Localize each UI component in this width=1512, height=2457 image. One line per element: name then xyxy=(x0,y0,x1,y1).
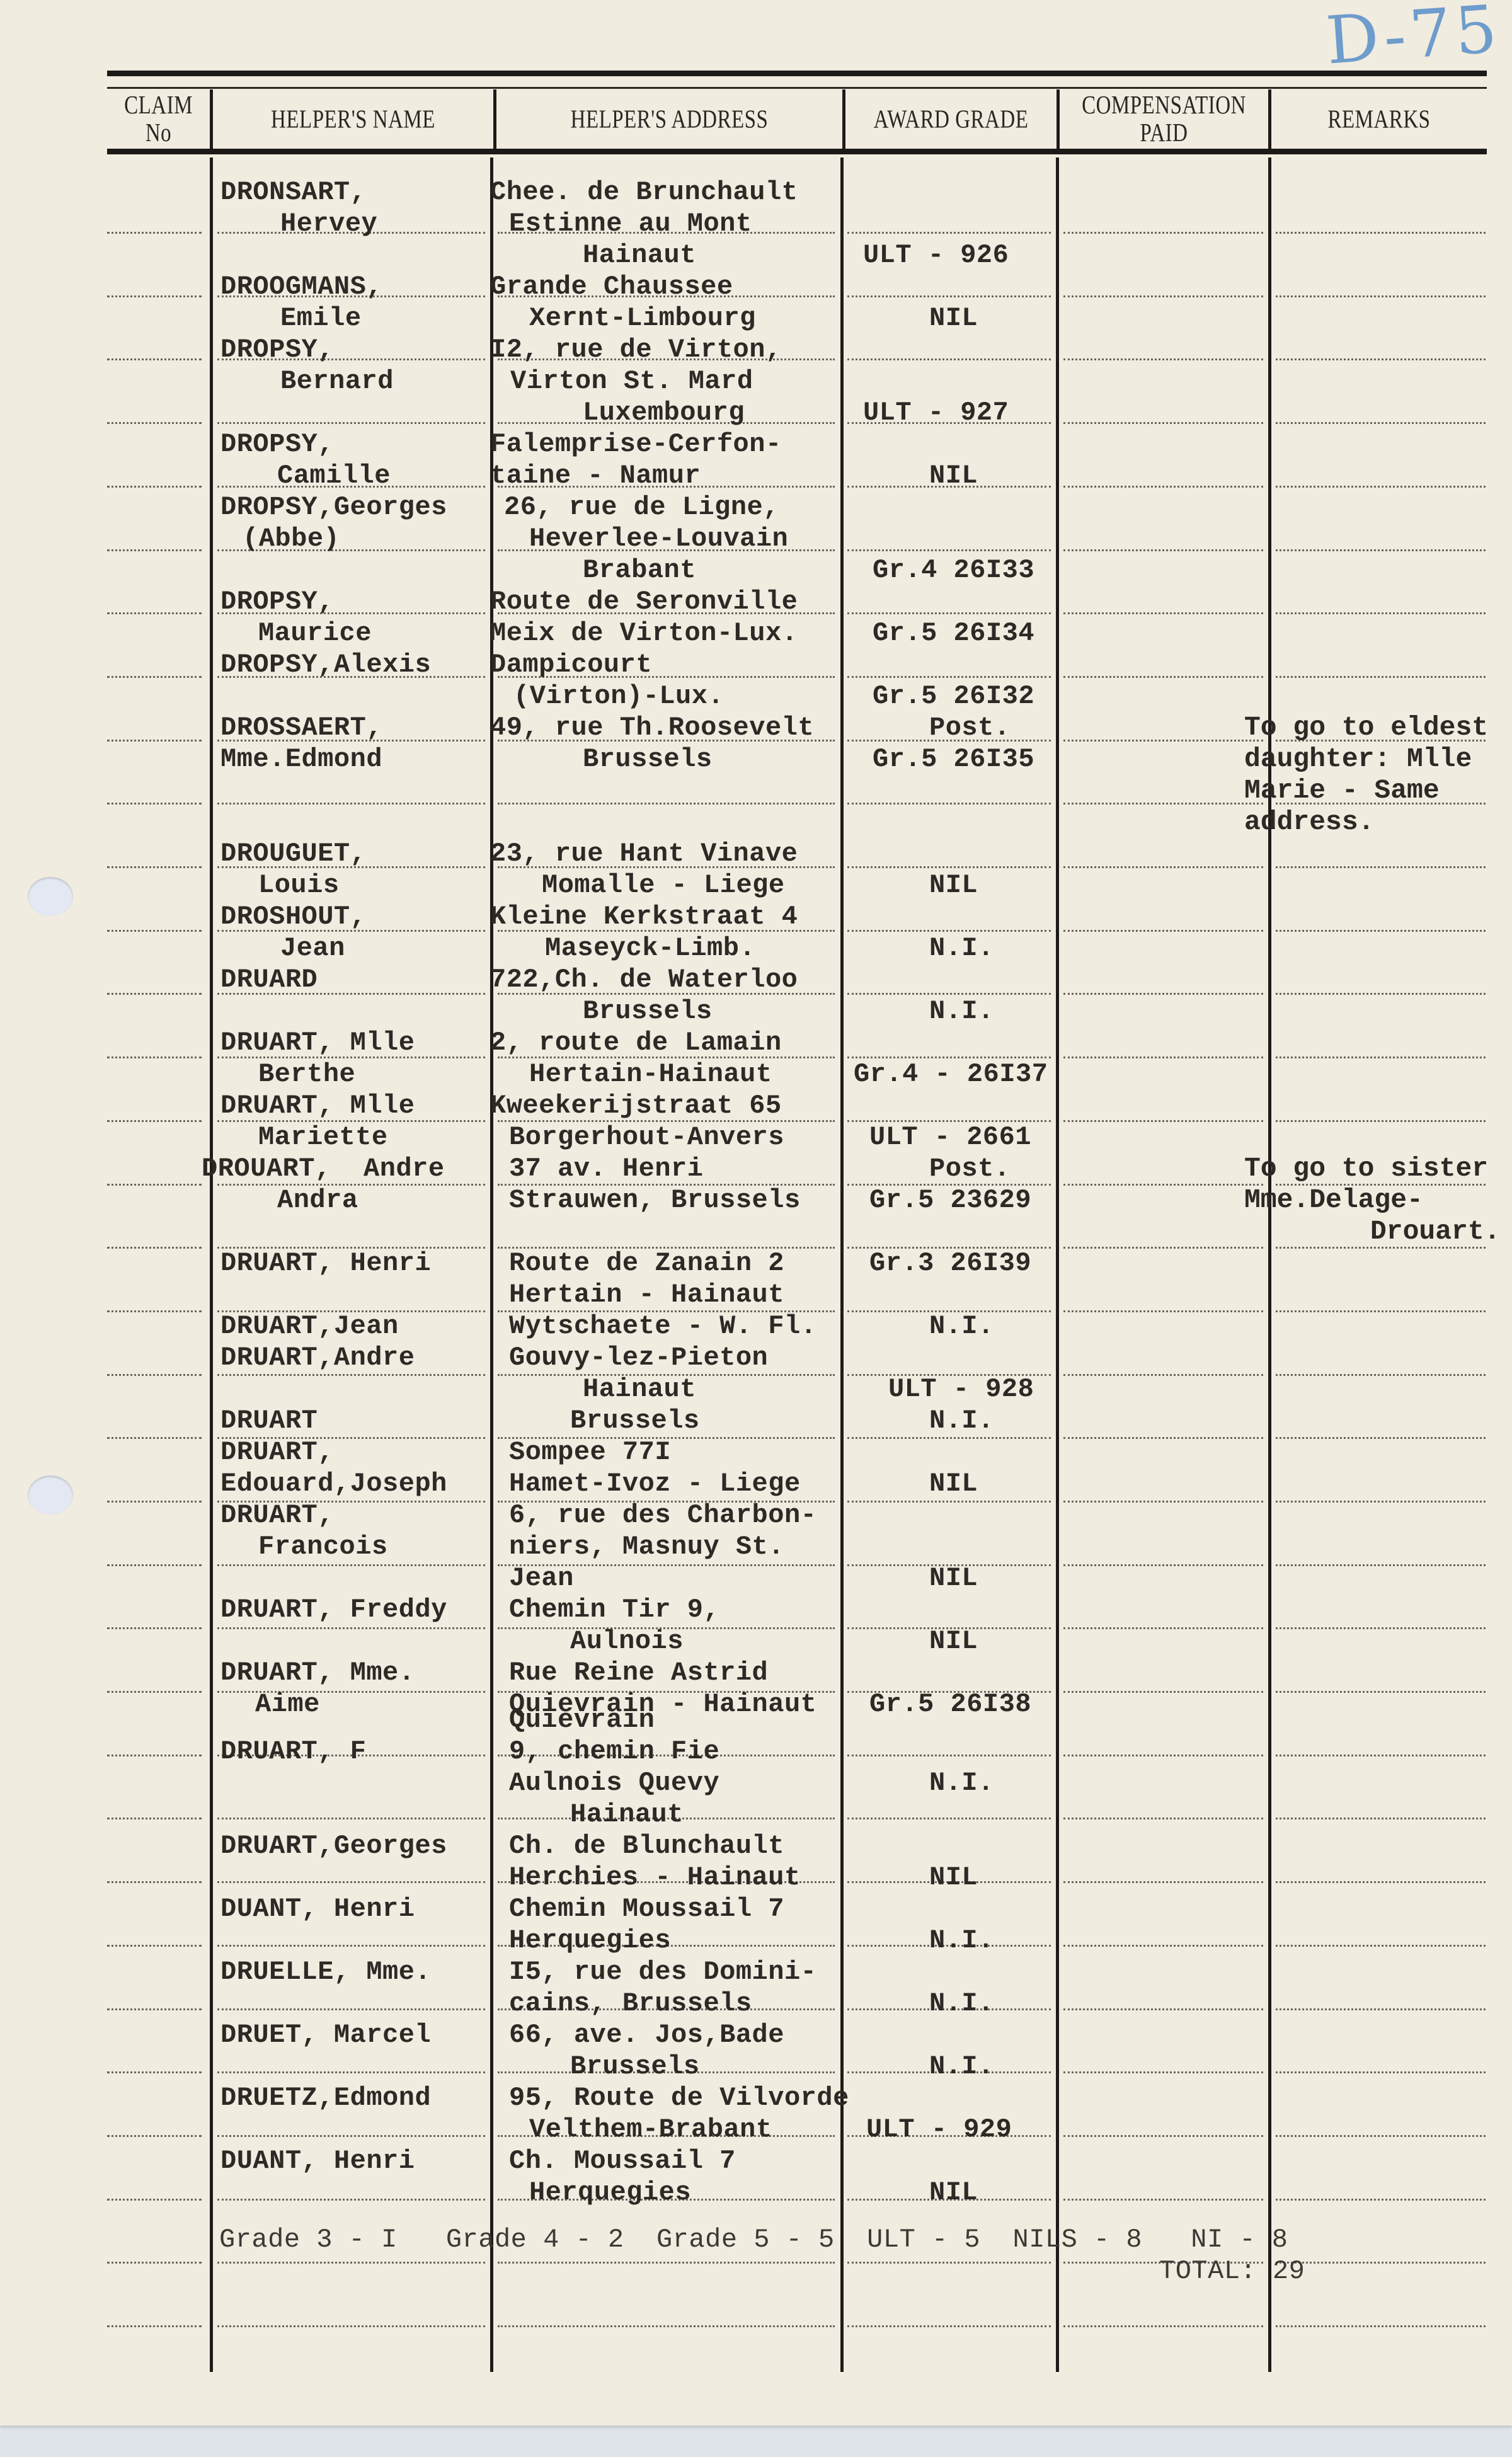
dotted-rule xyxy=(107,422,202,424)
helper-name-cell: DRUART,Jean xyxy=(220,1310,399,1342)
remark-text: To go to sister xyxy=(1244,1153,1488,1184)
dotted-rule xyxy=(1063,2071,1263,2073)
dotted-rule xyxy=(1276,1501,1486,1503)
helper-address-cell: Grande Chaussee xyxy=(490,271,733,302)
dotted-rule xyxy=(1063,1881,1263,1883)
col-header-compensation-paid: COMPENSATION PAID xyxy=(1060,81,1268,159)
dotted-rule xyxy=(1276,2262,1486,2264)
helper-address-cell: niers, Masnuy St. xyxy=(509,1531,784,1562)
dotted-rule xyxy=(1276,1691,1486,1693)
helper-address-cell: Brussels xyxy=(583,995,713,1027)
dotted-rule xyxy=(107,295,202,297)
helper-address-cell: Brussels xyxy=(583,743,713,775)
dotted-rule xyxy=(1063,930,1263,932)
award-grade-cell: ULT - 928 xyxy=(888,1373,1034,1405)
helper-address-cell: Route de Zanain 2 xyxy=(509,1247,784,1279)
helper-name-cell: DRUETZ,Edmond xyxy=(220,2082,431,2114)
award-grade-cell: N.I. xyxy=(929,2051,994,2082)
award-grade-cell: N.I. xyxy=(929,932,994,964)
dotted-rule xyxy=(107,1627,202,1629)
dotted-rule xyxy=(1063,866,1263,868)
dotted-rule xyxy=(107,2262,202,2264)
helper-name-cell: DROPSY, xyxy=(220,586,334,617)
dotted-rule xyxy=(847,295,1051,297)
col-header-remarks: REMARKS xyxy=(1271,81,1487,159)
dotted-rule xyxy=(217,1818,485,1819)
dotted-rule xyxy=(107,740,202,742)
helper-address-cell: Chemin Tir 9, xyxy=(509,1594,719,1625)
summary-total: TOTAL: 29 xyxy=(1159,2255,1305,2287)
helper-name-cell: DROUART, Andre xyxy=(202,1153,445,1184)
helper-name-cell: DROPSY, xyxy=(220,334,334,365)
award-grade-cell: NIL xyxy=(929,302,978,334)
helper-name-cell: DROSSAERT, xyxy=(220,712,382,743)
helper-address-cell: 722,Ch. de Waterloo xyxy=(490,964,798,995)
dotted-rule xyxy=(217,422,485,424)
dotted-rule xyxy=(107,612,202,614)
helper-name-cell: DRUART, xyxy=(220,1499,334,1531)
dotted-rule xyxy=(1276,232,1486,234)
dotted-rule xyxy=(1063,549,1263,551)
helper-address-cell: 37 av. Henri xyxy=(509,1153,703,1184)
helper-name-cell: DRUART,Georges xyxy=(220,1830,447,1862)
helper-address-cell: 6, rue des Charbon- xyxy=(509,1499,816,1531)
award-grade-cell: NIL xyxy=(929,1862,978,1893)
helper-address-cell: Dampicourt xyxy=(490,649,652,680)
helper-name-cell: DRONSART, xyxy=(220,176,366,208)
dotted-rule xyxy=(1276,930,1486,932)
dotted-rule xyxy=(1063,1564,1263,1566)
dotted-rule xyxy=(1276,1120,1486,1122)
helper-name-cell: DRUART, Mlle xyxy=(220,1027,415,1058)
helper-name-cell: Louis xyxy=(258,869,340,901)
helper-address-cell: Kleine Kerkstraat 4 xyxy=(490,901,798,932)
helper-name-cell: DUANT, Henri xyxy=(220,2145,415,2177)
dotted-rule xyxy=(1063,2135,1263,2137)
award-grade-cell: Post. xyxy=(929,712,1011,743)
column-divider xyxy=(1268,157,1271,2372)
award-grade-cell: NIL xyxy=(929,460,978,491)
dotted-rule xyxy=(107,2199,202,2201)
dotted-rule xyxy=(107,1755,202,1756)
col-header-helper-name: HELPER'S NAME xyxy=(213,81,493,159)
helper-address-cell: Hamet-Ivoz - Liege xyxy=(509,1468,801,1499)
dotted-rule xyxy=(847,549,1051,551)
award-grade-cell: Gr.4 - 26I37 xyxy=(854,1058,1048,1090)
dotted-rule xyxy=(847,676,1051,678)
dotted-rule xyxy=(217,2199,485,2201)
helper-name-cell: Andra xyxy=(277,1184,358,1216)
helper-address-cell: 2, route de Lamain xyxy=(490,1027,782,1058)
award-grade-cell: Gr.5 26I32 xyxy=(873,680,1034,712)
col-header-award-grade: AWARD GRADE xyxy=(845,81,1057,159)
dotted-rule xyxy=(1063,2325,1263,2327)
dotted-rule xyxy=(1276,2325,1486,2327)
award-grade-cell: N.I. xyxy=(929,1925,994,1956)
dotted-rule xyxy=(1276,1437,1486,1439)
dotted-rule xyxy=(847,2325,1051,2327)
helper-address-cell: Falemprise-Cerfon- xyxy=(490,428,782,460)
dotted-rule xyxy=(1276,549,1486,551)
helper-address-cell: (Virton)-Lux. xyxy=(513,680,724,712)
helper-name-cell: Emile xyxy=(280,302,362,334)
dotted-rule xyxy=(1063,1310,1263,1312)
award-grade-cell: NIL xyxy=(929,1562,978,1594)
helper-name-cell: (Abbe) xyxy=(243,523,340,554)
dotted-rule xyxy=(107,1881,202,1883)
dotted-rule xyxy=(1276,1374,1486,1376)
dotted-rule xyxy=(1276,612,1486,614)
dotted-rule xyxy=(1276,1310,1486,1312)
helper-address-cell: 26, rue de Ligne, xyxy=(504,491,779,523)
helper-address-cell: Rue Reine Astrid xyxy=(509,1657,768,1688)
helper-address-cell: cains, Brussels xyxy=(509,1988,752,2019)
award-grade-cell: Gr.4 26I33 xyxy=(873,554,1034,586)
helper-address-cell: Ch. Moussail 7 xyxy=(509,2145,736,2177)
helper-name-cell: Hervey xyxy=(280,208,377,239)
helper-address-cell: I2, rue de Virton, xyxy=(490,334,782,365)
dotted-rule xyxy=(217,2325,485,2327)
helper-name-cell: DRUET, Marcel xyxy=(220,2019,431,2051)
award-grade-cell: Gr.5 26I35 xyxy=(873,743,1034,775)
helper-name-cell: Camille xyxy=(277,460,391,491)
dotted-rule xyxy=(847,1755,1051,1756)
helper-address-cell: Herquegies xyxy=(529,2177,691,2208)
helper-address-cell: I5, rue des Domini- xyxy=(509,1956,816,1988)
helper-name-cell: Maurice xyxy=(258,617,372,649)
helper-address-cell: Herchies - Hainaut xyxy=(509,1862,801,1893)
dotted-rule xyxy=(1276,1755,1486,1756)
helper-address-cell: Route de Seronville xyxy=(490,586,798,617)
col-header-claim-no: CLAIM No xyxy=(107,81,210,159)
dotted-rule xyxy=(217,2071,485,2073)
dotted-rule xyxy=(107,2325,202,2327)
helper-address-cell: Jean xyxy=(509,1562,574,1594)
helper-name-cell: DRUART, Henri xyxy=(220,1247,431,1279)
helper-name-cell: DROOGMANS, xyxy=(220,271,382,302)
helper-name-cell: Francois xyxy=(258,1531,388,1562)
dotted-rule xyxy=(1276,358,1486,360)
helper-name-cell: DROUGUET, xyxy=(220,838,366,869)
helper-address-cell: 95, Route de Vilvorde xyxy=(509,2082,849,2114)
helper-address-cell: Xernt-Limbourg xyxy=(529,302,756,334)
col-header-helper-address: HELPER'S ADDRESS xyxy=(496,81,842,159)
remark-text: Drouart. xyxy=(1370,1216,1500,1247)
helper-address-cell: Hainaut xyxy=(583,1373,696,1405)
dotted-rule xyxy=(1063,1501,1263,1503)
dotted-rule xyxy=(1063,1691,1263,1693)
dotted-rule xyxy=(107,676,202,678)
dotted-rule xyxy=(1276,1881,1486,1883)
helper-address-cell: Wytschaete - W. Fl. xyxy=(509,1310,816,1342)
dotted-rule xyxy=(1063,1945,1263,1947)
remark-text: Marie - Same xyxy=(1244,775,1440,806)
dotted-rule xyxy=(1063,1818,1263,1819)
dotted-rule xyxy=(847,866,1051,868)
dotted-rule xyxy=(107,930,202,932)
dotted-rule xyxy=(107,803,202,805)
dotted-rule xyxy=(1063,993,1263,995)
helper-address-cell: Brussels xyxy=(570,2051,700,2082)
dotted-rule xyxy=(1063,2008,1263,2010)
header-top-rule xyxy=(107,71,1487,76)
helper-address-cell: 9, chemin Fie xyxy=(509,1736,719,1767)
dotted-rule xyxy=(1063,1247,1263,1249)
dotted-rule xyxy=(1276,295,1486,297)
dotted-rule xyxy=(217,1627,485,1629)
helper-name-cell: Aime xyxy=(255,1688,320,1720)
helper-address-cell: Brussels xyxy=(570,1405,700,1436)
dotted-rule xyxy=(107,1818,202,1819)
dotted-rule xyxy=(107,232,202,234)
helper-address-cell: Heverlee-Louvain xyxy=(529,523,788,554)
helper-name-cell: DROSHOUT, xyxy=(220,901,366,932)
column-divider xyxy=(1056,157,1059,2372)
helper-address-cell: Luxembourg xyxy=(583,397,745,428)
dotted-rule xyxy=(1276,486,1486,488)
helper-address-cell: Borgerhout-Anvers xyxy=(509,1121,784,1153)
dotted-rule xyxy=(847,232,1051,234)
dotted-rule xyxy=(1276,676,1486,678)
dotted-rule xyxy=(107,1057,202,1058)
dotted-rule xyxy=(847,1818,1051,1819)
dotted-rule xyxy=(107,2071,202,2073)
helper-address-cell: Herquegies xyxy=(509,1925,671,1956)
award-grade-cell: Post. xyxy=(929,1153,1011,1184)
punch-hole-icon xyxy=(28,877,73,916)
helper-address-cell: Estinne au Mont xyxy=(509,208,752,239)
helper-address-cell: Gouvy-lez-Pieton xyxy=(509,1342,768,1373)
award-grade-cell: N.I. xyxy=(929,1988,994,2019)
dotted-rule xyxy=(1063,422,1263,424)
dotted-rule xyxy=(847,803,1051,805)
dotted-rule xyxy=(1063,1627,1263,1629)
helper-address-cell: 66, ave. Jos,Bade xyxy=(509,2019,784,2051)
dotted-rule xyxy=(1276,2135,1486,2137)
helper-address-cell: Chee. de Brunchault xyxy=(490,176,798,208)
dotted-rule xyxy=(1276,866,1486,868)
remark-text: daughter: Mlle xyxy=(1244,743,1472,775)
dotted-rule xyxy=(217,803,485,805)
helper-name-cell: DRUART, xyxy=(220,1436,334,1468)
dotted-rule xyxy=(1063,676,1263,678)
award-grade-cell: N.I. xyxy=(929,1310,994,1342)
dotted-rule xyxy=(107,2008,202,2010)
helper-address-cell: Brabant xyxy=(583,554,696,586)
dotted-rule xyxy=(1276,993,1486,995)
helper-address-cell: Hertain - Hainaut xyxy=(509,1279,784,1310)
punch-hole-icon xyxy=(28,1475,73,1515)
dotted-rule xyxy=(1063,1755,1263,1756)
award-grade-cell: Gr.3 26I39 xyxy=(869,1247,1031,1279)
helper-name-cell: DRUART,Andre xyxy=(220,1342,415,1373)
helper-address-cell: Chemin Moussail 7 xyxy=(509,1893,784,1925)
dotted-rule xyxy=(107,1184,202,1186)
helper-address-cell: Meix de Virton-Lux. xyxy=(490,617,798,649)
award-grade-cell: N.I. xyxy=(929,1405,994,1436)
helper-name-cell: DRUART, Freddy xyxy=(220,1594,447,1625)
helper-address-cell: Velthem-Brabant xyxy=(529,2114,772,2145)
helper-address-cell: 49, rue Th.Roosevelt xyxy=(490,712,814,743)
helper-address-cell: Virton St. Mard xyxy=(510,365,753,397)
helper-name-cell: DRUART, Mme. xyxy=(220,1657,415,1688)
dotted-rule xyxy=(498,803,835,805)
reference-mark: D-75 xyxy=(1324,0,1503,79)
helper-address-cell: Maseyck-Limb. xyxy=(545,932,755,964)
dotted-rule xyxy=(1276,1057,1486,1058)
record-sheet: D-75 CLAIM No HELPER'S NAME HELPER'S ADD… xyxy=(0,0,1512,2425)
dotted-rule xyxy=(1063,2199,1263,2201)
dotted-rule xyxy=(107,1310,202,1312)
dotted-rule xyxy=(847,612,1051,614)
dotted-rule xyxy=(1063,612,1263,614)
dotted-rule xyxy=(1063,740,1263,742)
award-grade-cell: NIL xyxy=(929,1625,978,1657)
dotted-rule xyxy=(1063,1057,1263,1058)
dotted-rule xyxy=(217,1881,485,1883)
award-grade-cell: ULT - 927 xyxy=(863,397,1009,428)
helper-name-cell: DROPSY,Georges xyxy=(220,491,447,523)
helper-name-cell: DUANT, Henri xyxy=(220,1893,415,1925)
dotted-rule xyxy=(217,2262,485,2264)
dotted-rule xyxy=(1063,486,1263,488)
helper-name-cell: DROPSY,Alexis xyxy=(220,649,431,680)
helper-name-cell: Jean xyxy=(280,932,345,964)
helper-name-cell: DRUART, Mlle xyxy=(220,1090,415,1121)
award-grade-cell: ULT - 926 xyxy=(863,239,1009,271)
award-grade-cell: Gr.5 26I34 xyxy=(873,617,1034,649)
helper-address-cell: Ch. de Blunchault xyxy=(509,1830,784,1862)
award-grade-cell: N.I. xyxy=(929,1767,994,1799)
dotted-rule xyxy=(107,1691,202,1693)
dotted-rule xyxy=(1063,1374,1263,1376)
dotted-rule xyxy=(847,993,1051,995)
dotted-rule xyxy=(1276,1945,1486,1947)
award-grade-cell: NIL xyxy=(929,2177,978,2208)
dotted-rule xyxy=(498,2262,835,2264)
helper-name-cell: DRUELLE, Mme. xyxy=(220,1956,431,1988)
dotted-rule xyxy=(107,1564,202,1566)
award-grade-cell: Gr.5 26I38 xyxy=(869,1688,1031,1720)
remark-text: Mme.Delage- xyxy=(1244,1184,1423,1216)
helper-name-cell: Mariette xyxy=(258,1121,388,1153)
summary-line: Grade 3 - I Grade 4 - 2 Grade 5 - 5 ULT … xyxy=(219,2224,1288,2255)
helper-address-cell: Hainaut xyxy=(570,1799,684,1830)
helper-name-cell: Berthe xyxy=(258,1058,355,1090)
dotted-rule xyxy=(1276,1818,1486,1819)
remark-text: To go to eldest xyxy=(1244,712,1488,743)
dotted-rule xyxy=(1276,422,1486,424)
dotted-rule xyxy=(107,1247,202,1249)
helper-address-cell: Strauwen, Brussels xyxy=(509,1184,801,1216)
dotted-rule xyxy=(107,1945,202,1947)
dotted-rule xyxy=(847,930,1051,932)
award-grade-cell: NIL xyxy=(929,869,978,901)
helper-name-cell: DRUART xyxy=(220,1405,318,1436)
dotted-rule xyxy=(847,1501,1051,1503)
award-grade-cell: N.I. xyxy=(929,995,994,1027)
helper-name-cell: Bernard xyxy=(280,365,394,397)
helper-address-cell: 23, rue Hant Vinave xyxy=(490,838,798,869)
dotted-rule xyxy=(847,358,1051,360)
dotted-rule xyxy=(107,1120,202,1122)
dotted-rule xyxy=(107,866,202,868)
helper-address-cell: Quievrain xyxy=(509,1704,655,1736)
dotted-rule xyxy=(498,2325,835,2327)
dotted-rule xyxy=(847,2262,1051,2264)
dotted-rule xyxy=(217,1945,485,1947)
dotted-rule xyxy=(217,2008,485,2010)
dotted-rule xyxy=(1276,2199,1486,2201)
dotted-rule xyxy=(1276,1627,1486,1629)
helper-name-cell: DRUART, F xyxy=(220,1736,366,1767)
helper-name-cell: DROPSY, xyxy=(220,428,334,460)
helper-address-cell: Aulnois Quevy xyxy=(509,1767,719,1799)
dotted-rule xyxy=(1063,803,1263,805)
helper-address-cell: taine - Namur xyxy=(490,460,701,491)
helper-address-cell: Hainaut xyxy=(583,239,696,271)
helper-name-cell: Edouard,Joseph xyxy=(220,1468,447,1499)
dotted-rule xyxy=(1063,1437,1263,1439)
dotted-rule xyxy=(1276,1564,1486,1566)
dotted-rule xyxy=(107,1437,202,1439)
dotted-rule xyxy=(1063,295,1263,297)
dotted-rule xyxy=(107,1374,202,1376)
dotted-rule xyxy=(107,486,202,488)
award-grade-cell: ULT - 2661 xyxy=(869,1121,1031,1153)
dotted-rule xyxy=(1063,1120,1263,1122)
dotted-rule xyxy=(107,549,202,551)
dotted-rule xyxy=(217,2135,485,2137)
helper-name-cell: Mme.Edmond xyxy=(220,743,382,775)
dotted-rule xyxy=(107,358,202,360)
column-divider xyxy=(840,157,844,2372)
dotted-rule xyxy=(1276,2071,1486,2073)
helper-address-cell: Hertain-Hainaut xyxy=(529,1058,772,1090)
dotted-rule xyxy=(107,2135,202,2137)
dotted-rule xyxy=(217,1374,485,1376)
column-divider xyxy=(210,157,213,2372)
dotted-rule xyxy=(1276,2008,1486,2010)
award-grade-cell: ULT - 929 xyxy=(866,2114,1012,2145)
dotted-rule xyxy=(107,1501,202,1503)
award-grade-cell: Gr.5 23629 xyxy=(869,1184,1031,1216)
dotted-rule xyxy=(107,993,202,995)
helper-address-cell: Momalle - Liege xyxy=(542,869,785,901)
dotted-rule xyxy=(1063,232,1263,234)
dotted-rule xyxy=(1063,1184,1263,1186)
remark-text: address. xyxy=(1244,806,1374,838)
helper-address-cell: Kweekerijstraat 65 xyxy=(490,1090,782,1121)
dotted-rule xyxy=(847,1437,1051,1439)
dotted-rule xyxy=(217,1564,485,1566)
helper-address-cell: Aulnois xyxy=(570,1625,684,1657)
award-grade-cell: NIL xyxy=(929,1468,978,1499)
helper-address-cell: Sompee 77I xyxy=(509,1436,671,1468)
helper-name-cell: DRUARD xyxy=(220,964,318,995)
dotted-rule xyxy=(1063,358,1263,360)
